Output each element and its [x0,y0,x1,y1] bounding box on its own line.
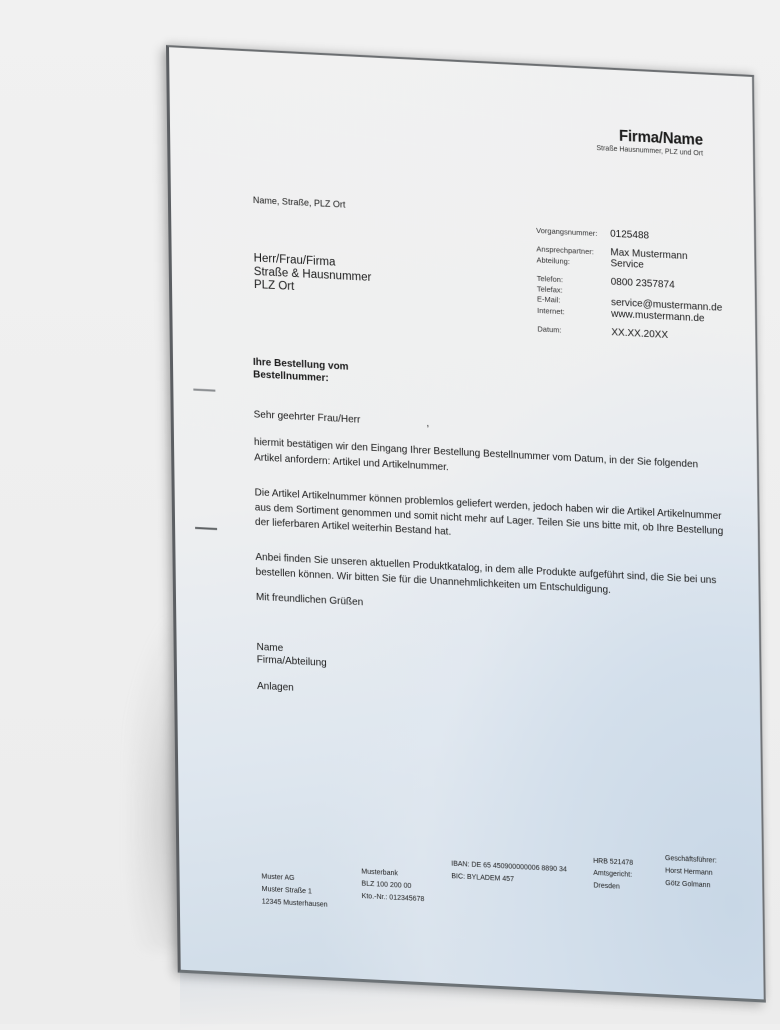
info-value: XX.XX.20XX [611,327,668,341]
footer-iban: IBAN: DE 65 450900000006 8890 34 BIC: BY… [451,859,567,889]
fold-mark [193,389,215,392]
info-value: Service [610,258,644,271]
letterhead: Firma/Name Straße Hausnummer, PLZ und Or… [596,126,703,157]
attachments-label: Anlagen [257,681,294,694]
footer-register: HRB 521478 Amtsgericht: Dresden [593,856,634,895]
recipient-address: Herr/Frau/Firma Straße & Hausnummer PLZ … [254,252,372,298]
signature-block: Name Firma/Abteilung [257,642,327,670]
salutation: Sehr geehrter Frau/Herr, [254,409,430,429]
document-preview-stage: Firma/Name Straße Hausnummer, PLZ und Or… [0,0,780,1024]
info-label: Datum: [537,324,611,337]
footer: Muster AG Muster Straße 1 12345 Musterha… [261,861,731,885]
subject-line: Ihre Bestellung vom Bestellnummer: [253,357,349,386]
page-wrap: Firma/Name Straße Hausnummer, PLZ und Or… [166,45,754,950]
letter-page: Firma/Name Straße Hausnummer, PLZ und Or… [166,45,766,1003]
closing: Mit freundlichen Grüßen [256,591,363,608]
punch-mark [195,527,217,530]
body-paragraph-1: hiermit bestätigen wir den Eingang Ihrer… [254,436,724,490]
salutation-comma: , [426,418,429,429]
footer-management: Geschäftsführer: Horst Hermann Götz Golm… [665,853,717,893]
footer-line: Dresden [593,880,633,894]
info-block: Vorgangsnummer: 0125488 Ansprechpartner:… [536,225,737,345]
footer-line: 12345 Musterhausen [262,896,328,912]
salutation-text: Sehr geehrter Frau/Herr [254,409,361,426]
info-value: 0125488 [610,228,649,241]
footer-company: Muster AG Muster Straße 1 12345 Musterha… [261,871,327,911]
sender-return-address: Name, Straße, PLZ Ort [253,195,346,210]
body-paragraph-2: Die Artikel Artikelnummer können problem… [255,486,726,555]
footer-line: Kto.-Nr.: 012345678 [362,891,425,906]
footer-bank: Musterbank BLZ 100 200 00 Kto.-Nr.: 0123… [361,866,424,906]
signature-department: Firma/Abteilung [257,654,327,670]
footer-line: Götz Golmann [665,878,717,893]
